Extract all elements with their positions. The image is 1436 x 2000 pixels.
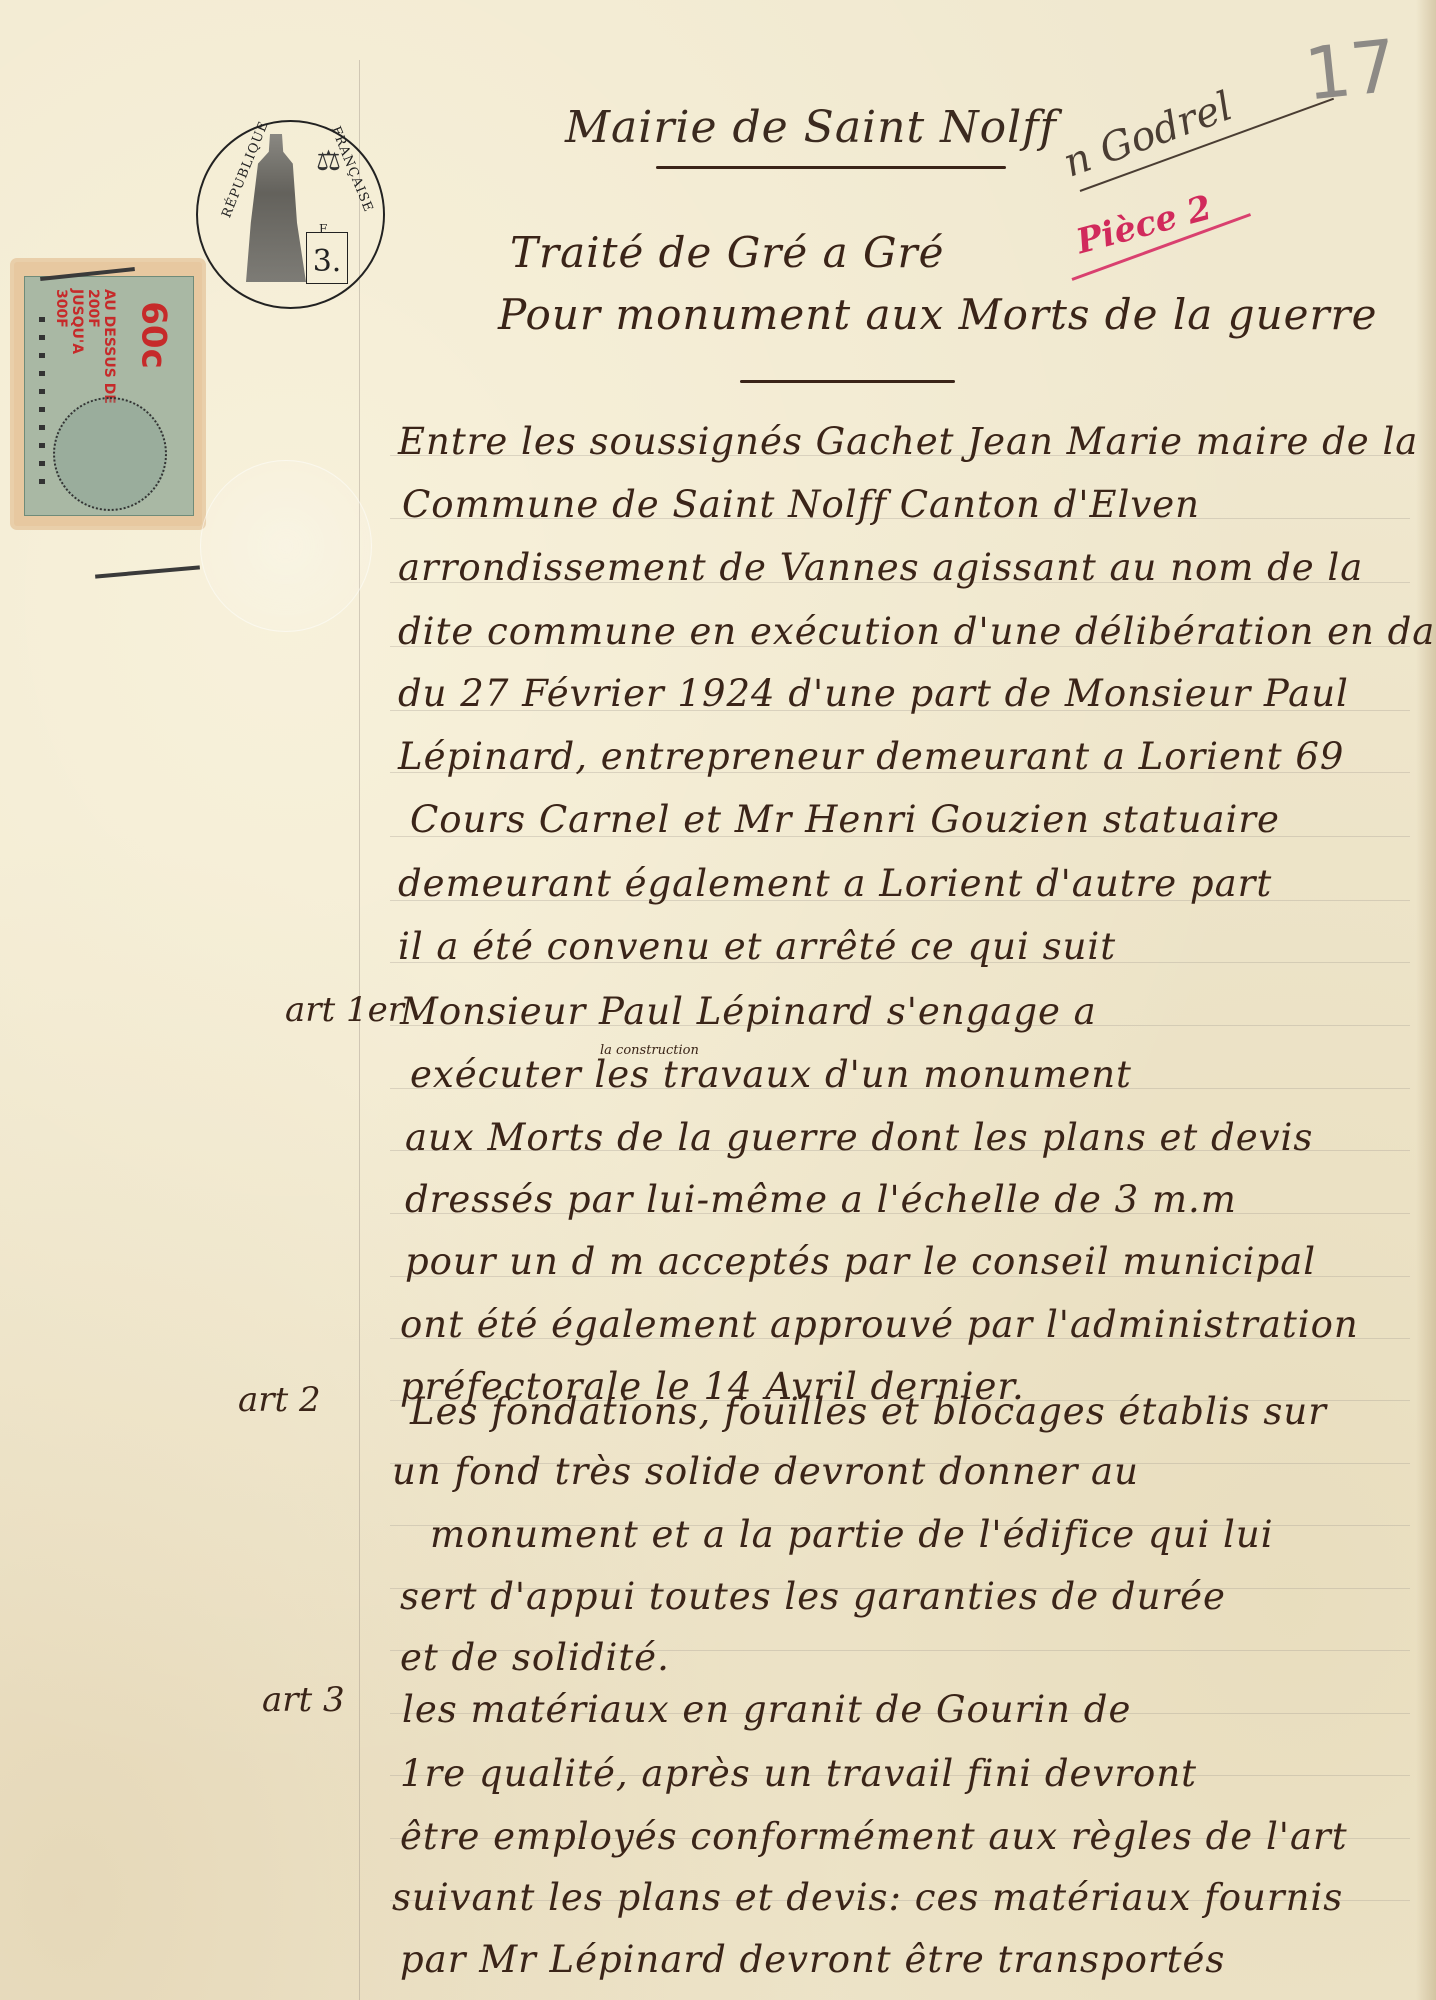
article-line: exécuter les travaux d'un monument: [410, 1053, 1132, 1096]
article-line: les matériaux en granit de Gourin de: [402, 1688, 1131, 1731]
article-line: dressés par lui-même a l'échelle de 3 m.…: [405, 1178, 1237, 1221]
article-line: et de solidité.: [400, 1636, 670, 1679]
stamp-line: JUSQU'A: [69, 289, 85, 404]
preamble-line: Commune de Saint Nolff Canton d'Elven: [402, 483, 1200, 526]
seal-value-box: F 3.: [306, 232, 348, 284]
stamp-body: AU DESSUS DE 200F JUSQU'A 300F 60c: [24, 276, 194, 516]
article-label: art 3: [262, 1680, 345, 1720]
preamble-line: demeurant également a Lorient d'autre pa…: [398, 862, 1272, 905]
fiscal-stamp: AU DESSUS DE 200F JUSQU'A 300F 60c: [14, 262, 202, 526]
article-line: un fond très solide devront donner au: [392, 1450, 1139, 1493]
preamble-line: Cours Carnel et Mr Henri Gouzien statuai…: [410, 798, 1280, 841]
article-label: art 1er: [285, 990, 404, 1030]
article-label: art 2: [238, 1380, 321, 1420]
article-line: aux Morts de la guerre dont les plans et…: [405, 1116, 1313, 1159]
republique-seal: RÉPUBLIQUE FRANÇAISE ⚖ F 3.: [196, 120, 385, 309]
preamble-line: dite commune en exécution d'une délibéra…: [398, 610, 1436, 653]
scales-of-justice-icon: ⚖: [316, 144, 341, 177]
article-line: ont été également approuvé par l'adminis…: [400, 1303, 1359, 1346]
article-line: par Mr Lépinard devront être transportés: [400, 1938, 1225, 1981]
document-page: Mairie de Saint Nolff 17 n Godrel Pièce …: [0, 0, 1436, 2000]
article-line: pour un d m acceptés par le conseil muni…: [405, 1240, 1316, 1283]
cancel-mark: [95, 565, 200, 578]
stamp-medallion-icon: [53, 397, 167, 511]
separator-dash: [656, 166, 1006, 169]
article-line: être employés conformément aux règles de…: [400, 1815, 1348, 1858]
stamp-line: 300F: [53, 289, 69, 404]
perforation-dots: [39, 317, 45, 497]
preamble-line: Entre les soussignés Gachet Jean Marie m…: [398, 420, 1418, 463]
paper-edge: [1416, 0, 1436, 2000]
mairie-header: Mairie de Saint Nolff: [565, 102, 1057, 153]
archive-number: 17: [1301, 23, 1401, 116]
embossed-seal: [200, 460, 372, 632]
stamp-line: 200F: [85, 289, 101, 404]
stamp-line: AU DESSUS DE: [101, 289, 117, 404]
article-line: monument et a la partie de l'édifice qui…: [430, 1513, 1274, 1556]
treaty-title: Traité de Gré a Gré: [510, 228, 944, 277]
seal-value-unit: F: [319, 219, 327, 239]
margin-rule: [359, 60, 360, 2000]
stamp-value: 60c: [134, 301, 174, 368]
article-line: Monsieur Paul Lépinard s'engage a: [400, 990, 1097, 1033]
seal-value: 3.: [313, 244, 342, 279]
article-line: sert d'appui toutes les garanties de dur…: [400, 1575, 1226, 1618]
preamble-line: Lépinard, entrepreneur demeurant a Lorie…: [398, 735, 1344, 778]
stamp-text: AU DESSUS DE 200F JUSQU'A 300F: [53, 289, 117, 404]
article-line: Les fondations, fouilles et blocages éta…: [410, 1390, 1327, 1433]
pencil-annotation: n Godrel: [1057, 83, 1238, 186]
preamble-line: il a été convenu et arrêté ce qui suit: [398, 925, 1116, 968]
treaty-subtitle: Pour monument aux Morts de la guerre: [498, 290, 1378, 339]
preamble-line: arrondissement de Vannes agissant au nom…: [398, 546, 1363, 589]
separator-dash: [740, 380, 955, 383]
preamble-line: du 27 Février 1924 d'une part de Monsieu…: [398, 672, 1349, 715]
article-line: 1re qualité, après un travail fini devro…: [400, 1752, 1197, 1795]
article-line: suivant les plans et devis: ces matériau…: [392, 1876, 1343, 1919]
